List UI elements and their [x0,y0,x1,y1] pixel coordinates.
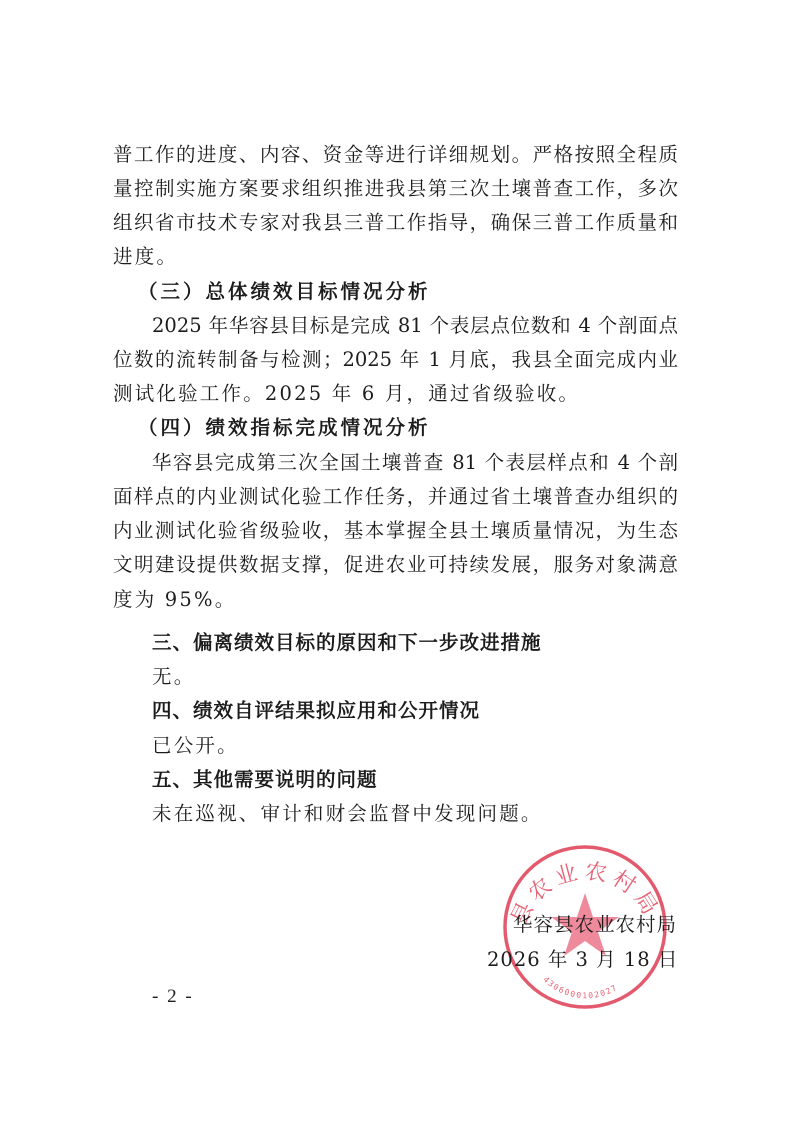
document-page: 普工作的进度、内容、资金等进行详细规划。严格按照全程质 量控制实施方案要求组织推… [0,0,793,1121]
paragraph-line: 内业测试化验省级验收，基本掌握全县土壤质量情况，为生态 [113,519,678,543]
paragraph-line: 测试化验工作。2025 年 6 月，通过省级验收。 [113,382,678,406]
paragraph-line: 面样点的内业测试化验工作任务，并通过省土壤普查办组织的 [113,485,678,509]
paragraph-line: 度为 95%。 [113,588,678,612]
paragraph-line: 2025 年华容县目标是完成 81 个表层点位数和 4 个剖面点 [152,314,678,338]
subsection-heading: （四）绩效指标完成情况分析 [138,416,703,440]
paragraph-line: 进度。 [113,245,678,269]
section-body: 无。 [152,665,678,689]
issue-date: 2026 年 3 月 18 日 [487,944,677,972]
issuing-organization: 华容县农业农村局 [487,909,677,937]
paragraph-line: 位数的流转制备与检测；2025 年 1 月底，我县全面完成内业 [113,348,678,372]
page-number: - 2 - [152,986,194,1008]
subsection-heading: （三）总体绩效目标情况分析 [138,280,703,304]
section-body: 已公开。 [152,734,678,758]
svg-text:4306000102027: 4306000102027 [541,975,619,1000]
paragraph-line: 普工作的进度、内容、资金等进行详细规划。严格按照全程质 [113,143,678,167]
section-heading: 三、偏离绩效目标的原因和下一步改进措施 [152,631,717,655]
section-body: 未在巡视、审计和财会监督中发现问题。 [152,802,678,826]
paragraph-line: 组织省市技术专家对我县三普工作指导，确保三普工作质量和 [113,211,678,235]
section-heading: 四、绩效自评结果拟应用和公开情况 [152,699,717,723]
paragraph-line: 华容县完成第三次全国土壤普查 81 个表层样点和 4 个剖 [152,451,678,475]
paragraph-line: 文明建设提供数据支撑，促进农业可持续发展，服务对象满意 [113,553,678,577]
section-heading: 五、其他需要说明的问题 [152,768,717,792]
paragraph-line: 量控制实施方案要求组织推进我县第三次土壤普查工作，多次 [113,177,678,201]
